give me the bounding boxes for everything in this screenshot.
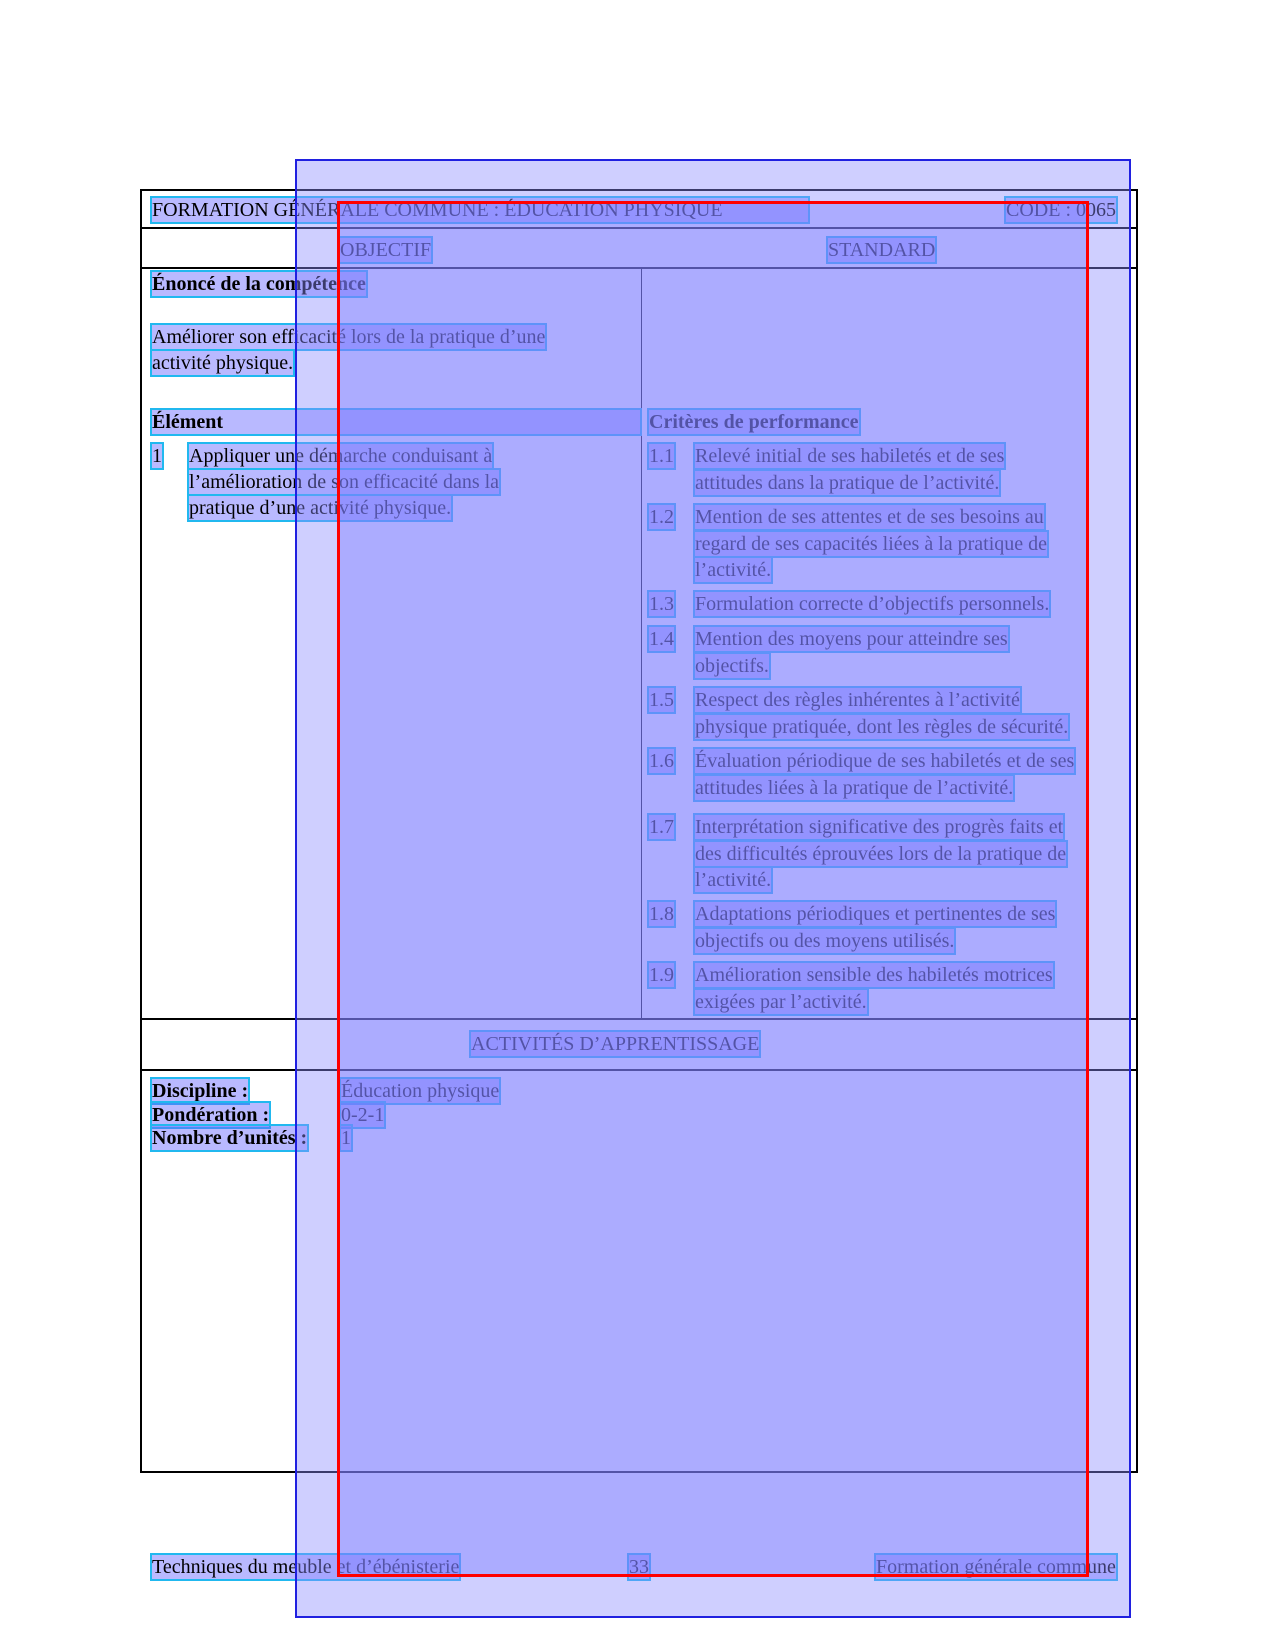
competence-text-line: activité physique.: [152, 351, 293, 375]
element-number: 1: [152, 444, 162, 468]
field-label-discipline: Discipline :: [152, 1079, 248, 1103]
field-label-ponderation: Pondération :: [152, 1103, 269, 1127]
annotation-region-inner: [337, 201, 1089, 1577]
field-label-unites: Nombre d’unités :: [152, 1126, 307, 1150]
